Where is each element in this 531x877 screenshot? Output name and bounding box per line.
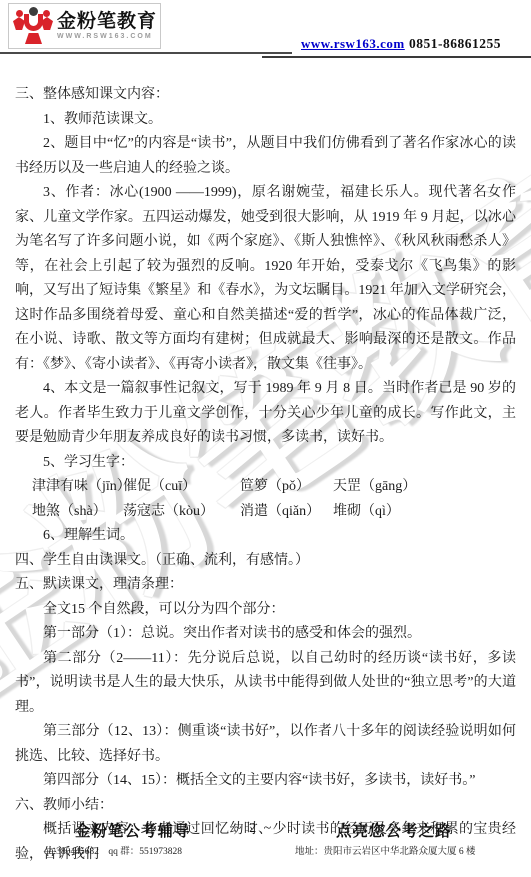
brand-name: 金粉笔教育 <box>57 12 157 32</box>
paragraph: 5、学习生字： <box>15 451 516 476</box>
brand-url-caption: WWW.RSW163.COM <box>57 32 157 41</box>
footer-qq-contacts: qq:380445682 qq 群：551973828 <box>44 843 182 857</box>
paragraph: 第四部分（14、15）：概括全文的主要内容“读书好，多读书，读好书。” <box>15 769 516 794</box>
header-divider-right <box>262 56 531 58</box>
brand-logo-text: 金粉笔教育 WWW.RSW163.COM <box>57 12 157 41</box>
vocab-row: 地煞（shà） 荡寇志（kòu） 消遣（qiǎn） 堆砌（qì） <box>15 500 516 525</box>
page-header: 金粉笔教育 WWW.RSW163.COM www.rsw163.com 0851… <box>0 0 531 58</box>
section-heading: 三、整体感知课文内容： <box>15 83 516 108</box>
vocab-item: 催促（cuī） <box>123 475 196 500</box>
vocab-item: 堆砌（qì） <box>333 500 400 525</box>
paragraph: 全文15 个自然段，可以分为四个部分： <box>15 598 516 623</box>
section-heading: 四、学生自由读课文。（正确、流利，有感情。） <box>15 549 516 574</box>
section-heading: 五、默读课文，理清条理： <box>15 573 516 598</box>
lesson-content: 三、整体感知课文内容： 1、教师范读课文。 2、题目中“忆”的内容是“读书”，从… <box>0 58 531 867</box>
vocab-item: 天罡（gāng） <box>333 475 416 500</box>
phone-number: 0851-86861255 <box>409 36 501 52</box>
footer-slogan: 点亮您公考之路 <box>336 819 452 841</box>
paragraph: 4、本文是一篇叙事性记叙文，写于 1989 年 9 月 8 日。当时作者已是 9… <box>15 377 516 451</box>
footer-brand-title: 金粉笔公考辅导 <box>75 819 191 841</box>
paragraph: 6、理解生词。 <box>15 524 516 549</box>
vocab-item: 地煞（shà） <box>32 500 107 525</box>
paragraph: 第一部分（1）：总说。突出作者对读书的感受和体会的强烈。 <box>15 622 516 647</box>
page-number: ~ 2 ~ <box>234 821 273 837</box>
vocab-row: 津津有味（jīn） 催促（cuī） 笸箩（pǒ） 天罡（gāng） <box>15 475 516 500</box>
header-divider-left <box>0 52 292 54</box>
brand-logo: 金粉笔教育 WWW.RSW163.COM <box>8 3 161 49</box>
paragraph: 第三部分（12、13）：侧重谈“读书好”，以作者八十多年的阅读经验说明如何挑选、… <box>15 720 516 769</box>
document-page: 金粉笔教育 金粉笔教育 WWW.RSW163.COM www.rsw163.co… <box>0 0 531 877</box>
footer-address: 地址：贵阳市云岩区中华北路众厦大厦 6 楼 <box>295 843 476 857</box>
website-link[interactable]: www.rsw163.com <box>301 36 405 52</box>
paragraph: 2、题目中“忆”的内容是“读书”，从题目中我们仿佛看到了著名作家冰心的读书经历以… <box>15 132 516 181</box>
vocab-item: 笸箩（pǒ） <box>240 475 310 500</box>
vocab-item: 津津有味（jīn） <box>32 475 131 500</box>
brand-logo-icon <box>12 6 54 46</box>
paragraph: 3、作者：冰心(1900 ——1999)，原名谢婉莹，福建长乐人。现代著名女作家… <box>15 181 516 377</box>
section-heading: 六、教师小结： <box>15 794 516 819</box>
paragraph: 第二部分（2——11）：先分说后总说，以自己幼时的经历谈“读书好，多读书”，说明… <box>15 647 516 721</box>
paragraph: 1、教师范读课文。 <box>15 108 516 133</box>
vocab-item: 荡寇志（kòu） <box>123 500 214 525</box>
vocab-item: 消遣（qiǎn） <box>240 500 320 525</box>
